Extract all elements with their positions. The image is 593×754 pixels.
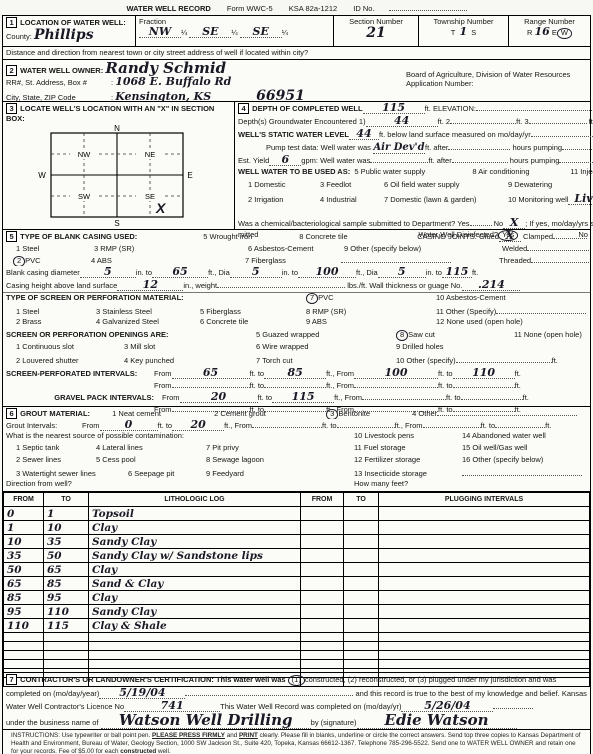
sp-blank-2 [264,379,326,388]
screen-option-1: 1 Steel [16,307,96,316]
lith-from-2: 10 [4,535,44,549]
casing-height-value: 12 [143,279,158,291]
lith-to-5: 85 [44,577,89,591]
gravel-intervals-label: GRAVEL PACK INTERVALS: [6,393,162,402]
city-state-value: Kensington, KS [115,90,211,102]
grout-interval-to-value: 20 [190,419,205,431]
gi-ftfrom-1: ft., From [224,421,252,430]
use-option-8: 8 Air conditioning [472,167,570,176]
section-3-title: LOCATE WELL'S LOCATION WITH AN "X" IN SE… [6,104,214,123]
plug-header-from: FROM [301,493,344,507]
gw-2-label: ft. 2 [438,117,451,126]
casing-option-8: 8 Concrete tile [299,232,417,241]
lith-to-6: 95 [44,591,89,605]
welded-label: Welded [502,244,527,253]
casing-option-9: 9 Other (specify below) [344,244,462,253]
est-yield-label: Est. Yield [238,156,269,165]
contam-other-blank [462,467,582,476]
opening-option-8-sawcut: Saw cut [408,330,435,339]
fraction-2-value: SE [202,26,218,38]
hours-blank-1 [562,141,593,150]
ft-dia-1: ft., Dia [208,268,230,277]
lith-row: 8595Clay [4,591,590,605]
section-4-number: 4 [238,103,249,114]
section-3-4-row: 3LOCATE WELL'S LOCATION WITH AN "X" IN S… [3,102,590,230]
constructed-1-circled: (1) [288,675,305,686]
form-title: WATER WELL RECORD [126,4,210,13]
owner-value: Randy Schmid [105,61,226,76]
wall-thickness-label: lbs./ft. Wall thickness or guage No. [347,281,462,290]
instructions-lead: INSTRUCTIONS: Use typewriter or ball poi… [11,732,150,739]
use-other-value: Livestock [574,193,593,205]
gw-3-blank [529,115,587,124]
ft-label-1: ft. [425,104,431,113]
depth-completed-value: 115 [382,102,405,114]
section-1-number: 1 [6,17,17,28]
screen-interval-1-to: 85 [287,367,302,379]
instructions-print: PRINT [239,732,258,739]
grout-option-4: 4 Other [412,409,437,418]
casing-option-2-pvc: PVC [25,256,40,265]
lith-desc-3: Sandy Clay w/ Sandstone lips [89,549,301,563]
range-value: 16 [535,25,550,38]
screen-intervals-label: SCREEN-PERFORATED INTERVALS: [6,369,154,378]
direction-question: Direction from well? [6,479,354,488]
lith-empty-row [4,633,590,642]
sample-question: Was a chemical/bacteriological sample su… [238,219,470,228]
weight-blank [217,279,345,288]
quarter-3: ¼ [282,28,288,37]
plug-header-intervals: PLUGGING INTERVALS [379,493,590,507]
plug-header-to: TO [344,493,379,507]
hours-label-1: hours pumping [512,143,562,152]
opening-option-9: 9 Drilled holes [396,342,444,351]
screen-option-12: 12 None used (open hole) [436,317,523,326]
casing-diameter-2-value: 5 [252,266,260,278]
casing-option-3: 3 RMP (SR) [94,244,248,253]
static-water-level-value: 44 [356,128,371,140]
certification-title: CONTRACTOR'S OR LANDOWNER'S CERTIFICATIO… [20,675,285,684]
grout-option-1: 1 Neat cement [112,409,214,418]
form-title-bar: WATER WELL RECORD Form WWC-5 KSA 82a-121… [0,0,593,15]
lith-header-to: TO [44,493,89,507]
section-6-grout: 6GROUT MATERIAL:1 Neat cement2 Cement gr… [3,407,590,492]
use-option-10: 10 Monitoring well [508,195,568,204]
gravel-interval-1-from: 20 [211,391,226,403]
screen-option-3: 3 Stainless Steel [96,307,200,316]
lith-to-0: 1 [44,507,89,521]
lith-from-8: 110 [4,619,44,633]
lith-desc-1: Clay [89,521,301,535]
threaded-blank [531,254,590,263]
lith-from-7: 95 [4,605,44,619]
business-name-label: under the business name of [6,718,99,727]
lith-row: 3550Sandy Clay w/ Sandstone lips [4,549,590,563]
contam-option-4: 4 Lateral lines [96,443,206,452]
ft-dia-2: ft., Dia [356,268,378,277]
pump-test-result-value: Air Dev'd [373,142,424,153]
opening-option-5: 5 Guazed wrapped [256,330,396,339]
lith-from-4: 50 [4,563,44,577]
lith-row: 01Topsoil [4,507,590,521]
gravel-interval-1-to: 115 [292,391,315,403]
how-many-feet-question: How many feet? [354,479,408,488]
casing-depth-2-value: 100 [316,266,339,278]
static-level-rest: ft. below land surface measured on mo/da… [379,130,531,139]
section-1-location: 1LOCATION OF WATER WELL: County: Phillip… [3,16,590,47]
section-number-cell: Section Number 21 [333,16,418,46]
casing-title: TYPE OF BLANK CASING USED: [20,232,137,241]
township-cell: Township Number T 1 S [418,16,508,46]
grout-interval-from-value: 0 [125,419,133,431]
gp-ftto-1: ft. to [258,393,273,402]
openings-title: SCREEN OR PERFORATION OPENINGS ARE: [6,330,256,339]
lith-header-row: FROM TO LITHOLOGIC LOG FROM TO PLUGGING … [4,493,590,507]
gi-ftto-3: ft. to [481,421,496,430]
lith-from-1: 1 [4,521,44,535]
lith-from-6: 85 [4,591,44,605]
range-cell: Range Number R 16 EW [508,16,590,46]
agency-name: Board of Agriculture, Division of Water … [406,70,587,79]
screen-other-blank [496,305,586,314]
instructions-constructed: constructed [120,748,156,754]
opening-option-3: 3 Mill slot [124,342,256,351]
after-label-1: ft. after [425,143,448,152]
gp-blank-2 [461,391,523,400]
completed-on-label: completed on (mo/day/year) [6,689,99,698]
id-no-label: ID No. [353,4,374,13]
certification-text-b: constructed, (2) reconstructed, or (3) p… [305,675,556,684]
range-w-circled: W [557,28,572,39]
gi-blank-3 [423,419,481,428]
screen-material-7-circled: 7 [306,293,318,304]
in-to-1: in. to [136,268,152,277]
est-yield-value: 6 [281,154,289,166]
instructions-block: INSTRUCTIONS: Use typewriter or ball poi… [3,730,590,754]
opening-option-7: 7 Torch cut [256,356,396,365]
gi-ftfrom-2: ft., From [395,421,423,430]
compass-s-label: S [114,219,119,227]
lith-desc-6: Clay [89,591,301,605]
contam-option-6: 6 Seepage pit [128,469,206,478]
contam-option-11: 11 Fuel storage [354,443,462,452]
city-label: City, State, ZIP Code [6,93,111,102]
section-box-diagram: N S W E NW NE SW SE X [6,123,231,227]
quadrant-nw-label: NW [78,150,91,159]
lith-header-log: LITHOLOGIC LOG [89,493,301,507]
section-1-title: LOCATION OF WATER WELL: [20,18,126,27]
well-water-was-label-1: Well water was [321,143,371,152]
static-date-blank [531,128,593,137]
range-r: R [527,28,532,37]
zip-value: 66951 [256,89,305,102]
grout-option-3-bentonite: Bentonite [338,409,370,418]
colon-2: : [111,93,113,102]
wellwater-blank-2 [370,154,428,163]
opening-option-1: 1 Continuous slot [16,342,124,351]
groundwater-label: Depth(s) Groundwater Encountered [238,117,357,126]
lith-from-5: 65 [4,577,44,591]
use-label: WELL WATER TO BE USED AS: [238,167,350,176]
lithologic-log-section: FROM TO LITHOLOGIC LOG FROM TO PLUGGING … [3,492,590,673]
address-label: RR#, St. Address, Box # [6,78,111,87]
contam-option-5: 5 Cess pool [96,455,206,464]
casing-depth-3-value: 115 [445,266,468,278]
opening-other-blank [456,354,552,363]
gw-1-label: 1) [359,117,366,126]
screen-option-8: 8 RMP (SR) [306,307,436,316]
in-to-3: in. to [426,268,442,277]
section-4-depth: 4DEPTH OF COMPLETED WELL115ft. ELEVATION… [235,102,593,229]
screen-material-title: TYPE OF SCREEN OR PERFORATION MATERIAL: [6,293,306,302]
form-body: 1LOCATION OF WATER WELL: County: Phillip… [2,15,591,754]
township-t: T [451,28,456,37]
section-6-number: 6 [6,408,17,419]
clamped-label: Clamped [523,232,553,241]
screen-option-9: 9 ABS [306,317,436,326]
casing-joints-glued-label: CASING JOINTS: Glued [417,232,499,241]
lith-empty-row [4,660,590,669]
opening-option-2: 2 Louvered shutter [16,356,124,365]
gp-ft-end-1: ft. [523,393,529,402]
sp-ftto-3: ft. to [250,381,265,390]
sp-blank-3 [354,379,438,388]
lith-row: 6585Sand & Clay [4,577,590,591]
agency-block: Board of Agriculture, Division of Water … [403,60,590,101]
section-3-locate: 3LOCATE WELL'S LOCATION WITH AN "X" IN S… [3,102,235,229]
quadrant-sw-label: SW [78,192,91,201]
grout-title: GROUT MATERIAL: [20,409,112,418]
static-level-label: WELL'S STATIC WATER LEVEL [238,130,349,139]
contamination-question: What is the nearest source of possible c… [6,431,354,440]
gi-blank-4 [495,419,545,428]
lith-to-8: 115 [44,619,89,633]
lith-desc-4: Clay [89,563,301,577]
record-date-value: 5/26/04 [424,700,470,712]
lith-row: 110Clay [4,521,590,535]
form-number: Form WWC-5 [227,4,273,13]
gp-blank-1 [362,391,446,400]
license-number-value: 741 [161,700,184,712]
screen-option-6: 6 Concrete tile [200,317,306,326]
signature-value: Edie Watson [385,713,489,729]
township-value: 1 [459,25,467,38]
lith-row: 95110Sandy Clay [4,605,590,619]
clamped-blank [553,230,587,239]
license-label: Water Well Contractor's Licence No [6,702,124,711]
screen-option-10: 10 Asbestos-Cement [436,293,506,302]
lith-desc-5: Sand & Clay [89,577,301,591]
casing-height-label: Casing height above land surface [6,281,117,290]
county-value: Phillips [34,28,94,42]
sp-blank-1 [172,379,250,388]
gi-from-1: From [82,421,100,430]
record-completed-label: This Water Well Record was completed on … [220,702,401,711]
ft-end: ft. [472,268,478,277]
use-option-2: 2 Irrigation [248,195,320,204]
contam-option-14: 14 Abandoned water well [462,431,546,440]
lith-to-2: 35 [44,535,89,549]
sample-question-2: ; If yes, mo/day/yrs sample was sub- [525,219,593,228]
sp-from-1: From [154,369,172,378]
quadrant-ne-label: NE [145,150,155,159]
contam-option-3: 3 Watertight sewer lines [16,469,128,478]
screen-option-7-pvc: PVC [318,293,333,302]
casing-option-1: 1 Steel [16,244,94,253]
use-option-3: 3 Feedlot [320,180,384,189]
glued-x-mark: X [506,230,515,242]
instructions-press-firmly: PLEASE PRESS FIRMLY [152,732,225,739]
use-option-9: 9 Dewatering [508,180,593,189]
gi-ftto-2: ft. to [322,421,337,430]
sp-ft-end-2: ft. [515,381,521,390]
fraction-cell: Fraction NW¼ SE¼ SE¼ [135,16,333,46]
owner-block: 2WATER WELL OWNER: Randy Schmid RR#, St.… [3,60,403,101]
casing-option-7: 7 Fiberglass [245,256,341,265]
lith-desc-2: Sandy Clay [89,535,301,549]
water-well-record-form: WATER WELL RECORD Form WWC-5 KSA 82a-121… [0,0,593,754]
after-blank-2 [452,154,508,163]
grout-other-blank [437,407,577,416]
lith-from-3: 35 [4,549,44,563]
depth-completed-label: DEPTH OF COMPLETED WELL [252,104,362,113]
gi-ftto-1: ft. to [158,421,173,430]
compass-e-label: E [187,171,192,180]
after-blank-1 [448,141,510,150]
grout-intervals-label: Grout Intervals: [6,421,82,430]
sp-from-2: From [154,381,172,390]
casing-other-blank [341,254,451,263]
section-5-casing: 5TYPE OF BLANK CASING USED:5 Wrought iro… [3,230,590,407]
contam-option-10: 10 Livestock pens [354,431,462,440]
compass-n-label: N [114,124,120,133]
opening-8-circled: 8 [396,330,408,341]
lith-row: 1035Sandy Clay [4,535,590,549]
lith-header-from: FROM [4,493,44,507]
county-label: County: [6,32,32,41]
section-2-number: 2 [6,65,17,76]
address-value: 1068 E. Buffalo Rd [115,76,231,88]
application-number-label: Application Number: [406,79,587,88]
sample-no-x-mark: X [510,217,519,229]
gw-2-blank [450,115,516,124]
blank-casing-diameter-label: Blank casing diameter [6,268,80,277]
sample-no-label: No [494,219,504,228]
hours-label-2: hours pumping [510,156,560,165]
gw-ft-label: ft. [589,117,593,126]
business-name-value: Watson Well Drilling [119,713,293,729]
wall-thickness-value: .214 [478,279,505,291]
use-option-5: 5 Public water supply [354,167,472,176]
welded-blank [527,242,590,251]
contam-option-16: 16 Other (specify below) [462,455,543,464]
use-option-6: 6 Oil field water supply [384,180,508,189]
screen-interval-2-from: 100 [385,367,408,379]
gw-3-label: ft. 3 [516,117,529,126]
lithologic-log-table: FROM TO LITHOLOGIC LOG FROM TO PLUGGING … [3,492,590,687]
grout-3-circled: 3 [326,409,338,419]
distance-question: Distance and direction from nearest town… [3,47,590,60]
lith-to-7: 110 [44,605,89,619]
lith-to-1: 10 [44,521,89,535]
fraction-3-value: SE [253,26,269,38]
screen-interval-2-to: 110 [472,367,495,379]
sp-ftto-4: ft. to [438,381,453,390]
well-location-x-mark: X [155,200,167,216]
certification-text-c: and this record is true to the best of m… [355,689,586,698]
id-no-blank [389,2,467,11]
screen-option-4: 4 Galvanized Steel [96,317,200,326]
casing-depth-1-value: 65 [172,266,187,278]
lith-desc-7: Sandy Clay [89,605,301,619]
casing-type-2-circled: 2 [13,256,25,266]
opening-option-10: 10 Other (specify) [396,356,456,365]
sp-ftto-1: ft. to [250,369,265,378]
pump-test-label: Pump test data: [266,143,319,152]
lith-desc-0: Topsoil [89,507,301,521]
township-s: S [471,28,476,37]
section-3-number: 3 [6,103,17,114]
casing-diameter-3-value: 5 [398,266,406,278]
signature-label: by (signature) [311,718,357,727]
grout-option-2: 2 Cement grout [214,409,326,418]
gp-from-1: From [162,393,180,402]
quarter-2: ¼ [231,28,237,37]
lith-row: 110115Clay & Shale [4,619,590,633]
well-water-was-label-2: Well water was [320,156,370,165]
section-number-value: 21 [366,25,385,41]
completed-date-value: 5/19/04 [119,687,165,699]
screen-option-11: 11 Other (Specify) [436,307,496,316]
contam-option-8: 8 Sewage lagoon [206,455,354,464]
use-option-7: 7 Domestic (lawn & garden) [384,195,508,204]
opening-option-11: 11 None (open hole) [514,330,582,339]
screen-option-5: 5 Fiberglass [200,307,306,316]
lith-empty-row [4,651,590,660]
fraction-1-value: NW [149,26,171,38]
statute-number: KSA 82a-1212 [289,4,337,13]
contam-option-9: 9 Feedyard [206,469,354,478]
gpm-colon-label: gpm: [301,156,318,165]
sp-ftfrom-2: ft., From [326,381,354,390]
use-option-4: 4 Industrial [320,195,384,204]
in-weight-label: in., weight [183,281,217,290]
screen-interval-1-from: 65 [203,367,218,379]
screen-option-2: 2 Brass [16,317,96,326]
gi-ft-end: ft. [545,421,551,430]
threaded-label: Threaded [499,256,531,265]
use-option-11: 11 Injection well [570,167,593,176]
gp-ftto-2: ft. to [446,393,461,402]
lith-to-3: 50 [44,549,89,563]
elevation-label: ELEVATION: [433,104,476,113]
fraction-label: Fraction [139,17,330,26]
contam-option-13: 13 Insecticide storage [354,469,462,478]
gi-blank-1 [252,419,322,428]
sp-ftfrom-1: ft., From [326,369,354,378]
quadrant-se-label: SE [145,192,155,201]
casing-option-5: 5 Wrought iron [203,232,299,241]
gp-ftfrom-1: ft., From [334,393,362,402]
elevation-blank [476,102,593,111]
casing-option-4: 4 ABS [91,256,245,265]
quarter-1: ¼ [181,28,187,37]
contam-option-7: 7 Pit privy [206,443,354,452]
groundwater-depth-1-value: 44 [394,115,409,127]
colon-1: : [111,78,113,87]
section-2-owner: 2WATER WELL OWNER: Randy Schmid RR#, St.… [3,60,590,102]
contam-option-2: 2 Sewer lines [16,455,96,464]
